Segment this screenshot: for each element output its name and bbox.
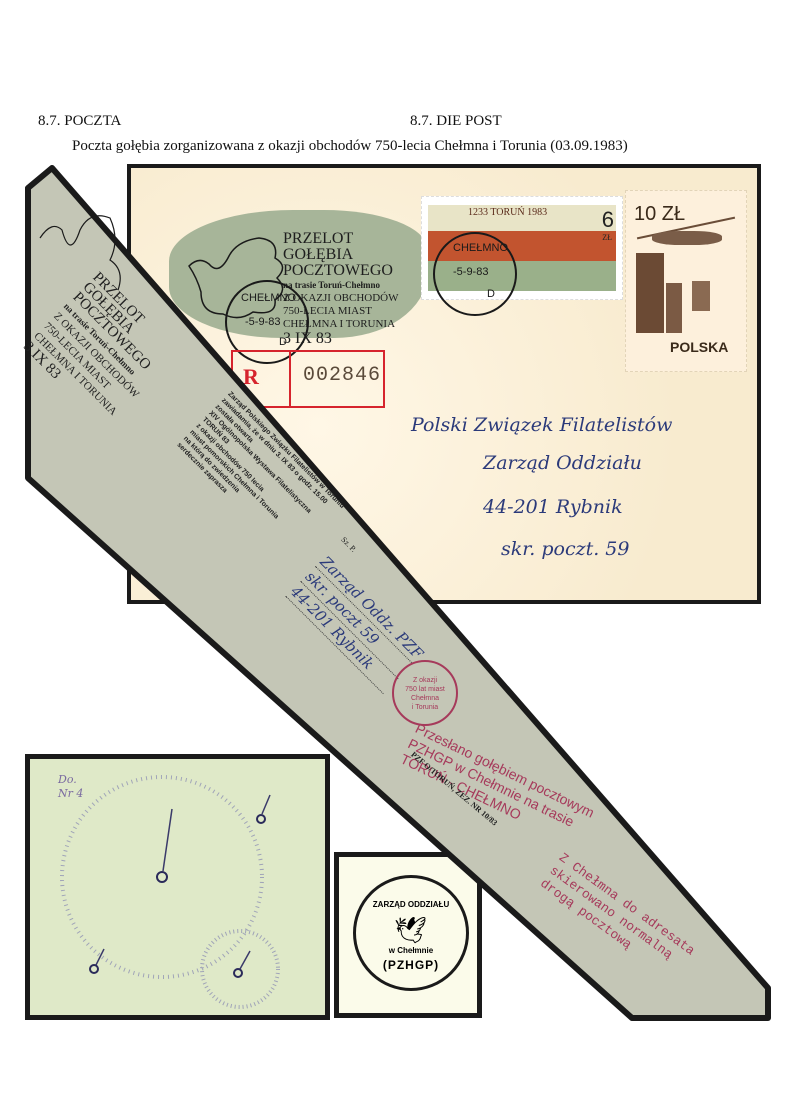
pink-cachet-1: Przesłano gołębiem pocztowym PZHGP w Che…	[398, 720, 597, 852]
postmark-city: CHEŁMNO	[241, 292, 296, 304]
postmark-city: CHEŁMNO	[453, 242, 508, 254]
postmark-letter: D	[487, 288, 495, 300]
cachet-title-2: GOŁĘBIA	[283, 247, 399, 263]
stamp-heli-value: 10 ZŁ	[634, 203, 685, 226]
seal-inner-top: ZARZĄD ODDZIAŁU	[356, 900, 466, 909]
round-stamp-line: 750 lat miast	[394, 685, 456, 694]
envelope-printer: PZF O/TORUŃ	[175, 572, 236, 582]
stamp-torun-header: 1233 TORUŃ 1983	[468, 207, 547, 218]
postmark-letter: D	[279, 336, 287, 348]
cachet-title-3: POCZTOWEGO	[283, 263, 399, 279]
registration-letter: R	[243, 364, 259, 390]
round-stamp-line: Chełmna	[394, 694, 456, 703]
cachet-route: na trasie Toruń-Chełmno	[283, 279, 399, 292]
pink-cachet-line: skierowano normalną	[546, 863, 688, 972]
round-pink-stamp: Z okazji 750 lat miast Chełmna i Torunia	[392, 660, 458, 726]
seal-abbreviation: (PZHGP)	[356, 958, 466, 972]
cargo-icon	[692, 281, 710, 311]
address-line: Zarząd Oddziału	[483, 452, 642, 474]
seal-panel: ZARZĄD ODDZIAŁU 🕊 w Chełmnie (PZHGP)	[334, 852, 482, 1018]
round-stamp-line: Z okazji	[394, 676, 456, 685]
building-icon	[666, 283, 682, 333]
pink-cachet-2: Z Chełmna do adresata skierowano normaln…	[537, 850, 698, 985]
registration-label: R 002846	[231, 350, 385, 408]
dial-panel: Do. Nr 4	[25, 754, 330, 1020]
envelope-cover: PRZELOT GOŁĘBIA POCZTOWEGO na trasie Tor…	[127, 164, 761, 604]
address-line: 44-201 Rybnik	[483, 496, 623, 518]
address-line: Polski Związek Filatelistów	[411, 414, 672, 436]
postmark-date: -5-9-83	[245, 316, 280, 328]
dial-note-line: Do.	[58, 773, 83, 787]
section-heading-pl: 8.7. POCZTA	[38, 113, 121, 130]
address-line: skr. poczt. 59	[501, 538, 629, 560]
seal-city: w Chełmnie	[356, 946, 466, 955]
helicopter-icon	[652, 231, 722, 245]
page-subtitle: Poczta gołębia zorganizowana z okazji ob…	[72, 138, 628, 155]
registration-number: 002846	[303, 364, 381, 387]
dial-note: Do. Nr 4	[58, 773, 83, 801]
dove-icon: 🕊	[394, 916, 427, 946]
cachet-title-1: PRZELOT	[283, 231, 399, 247]
stamp-torun-value: 6	[602, 207, 614, 233]
stamp-torun-currency: ZŁ	[602, 233, 612, 242]
postmark: CHEŁMNO -5-9-83 D	[433, 232, 517, 316]
dial-note-line: Nr 4	[58, 787, 83, 801]
building-icon	[636, 253, 664, 333]
section-heading-de: 8.7. DIE POST	[410, 113, 502, 130]
stamp-helicopter: 10 ZŁ POLSKA	[625, 190, 747, 372]
registration-divider	[289, 352, 291, 406]
round-stamp-line: i Torunia	[394, 703, 456, 712]
postmark-date: -5-9-83	[453, 266, 488, 278]
stamp-heli-country: POLSKA	[670, 339, 728, 355]
pzhgp-seal: ZARZĄD ODDZIAŁU 🕊 w Chełmnie (PZHGP)	[353, 875, 469, 991]
